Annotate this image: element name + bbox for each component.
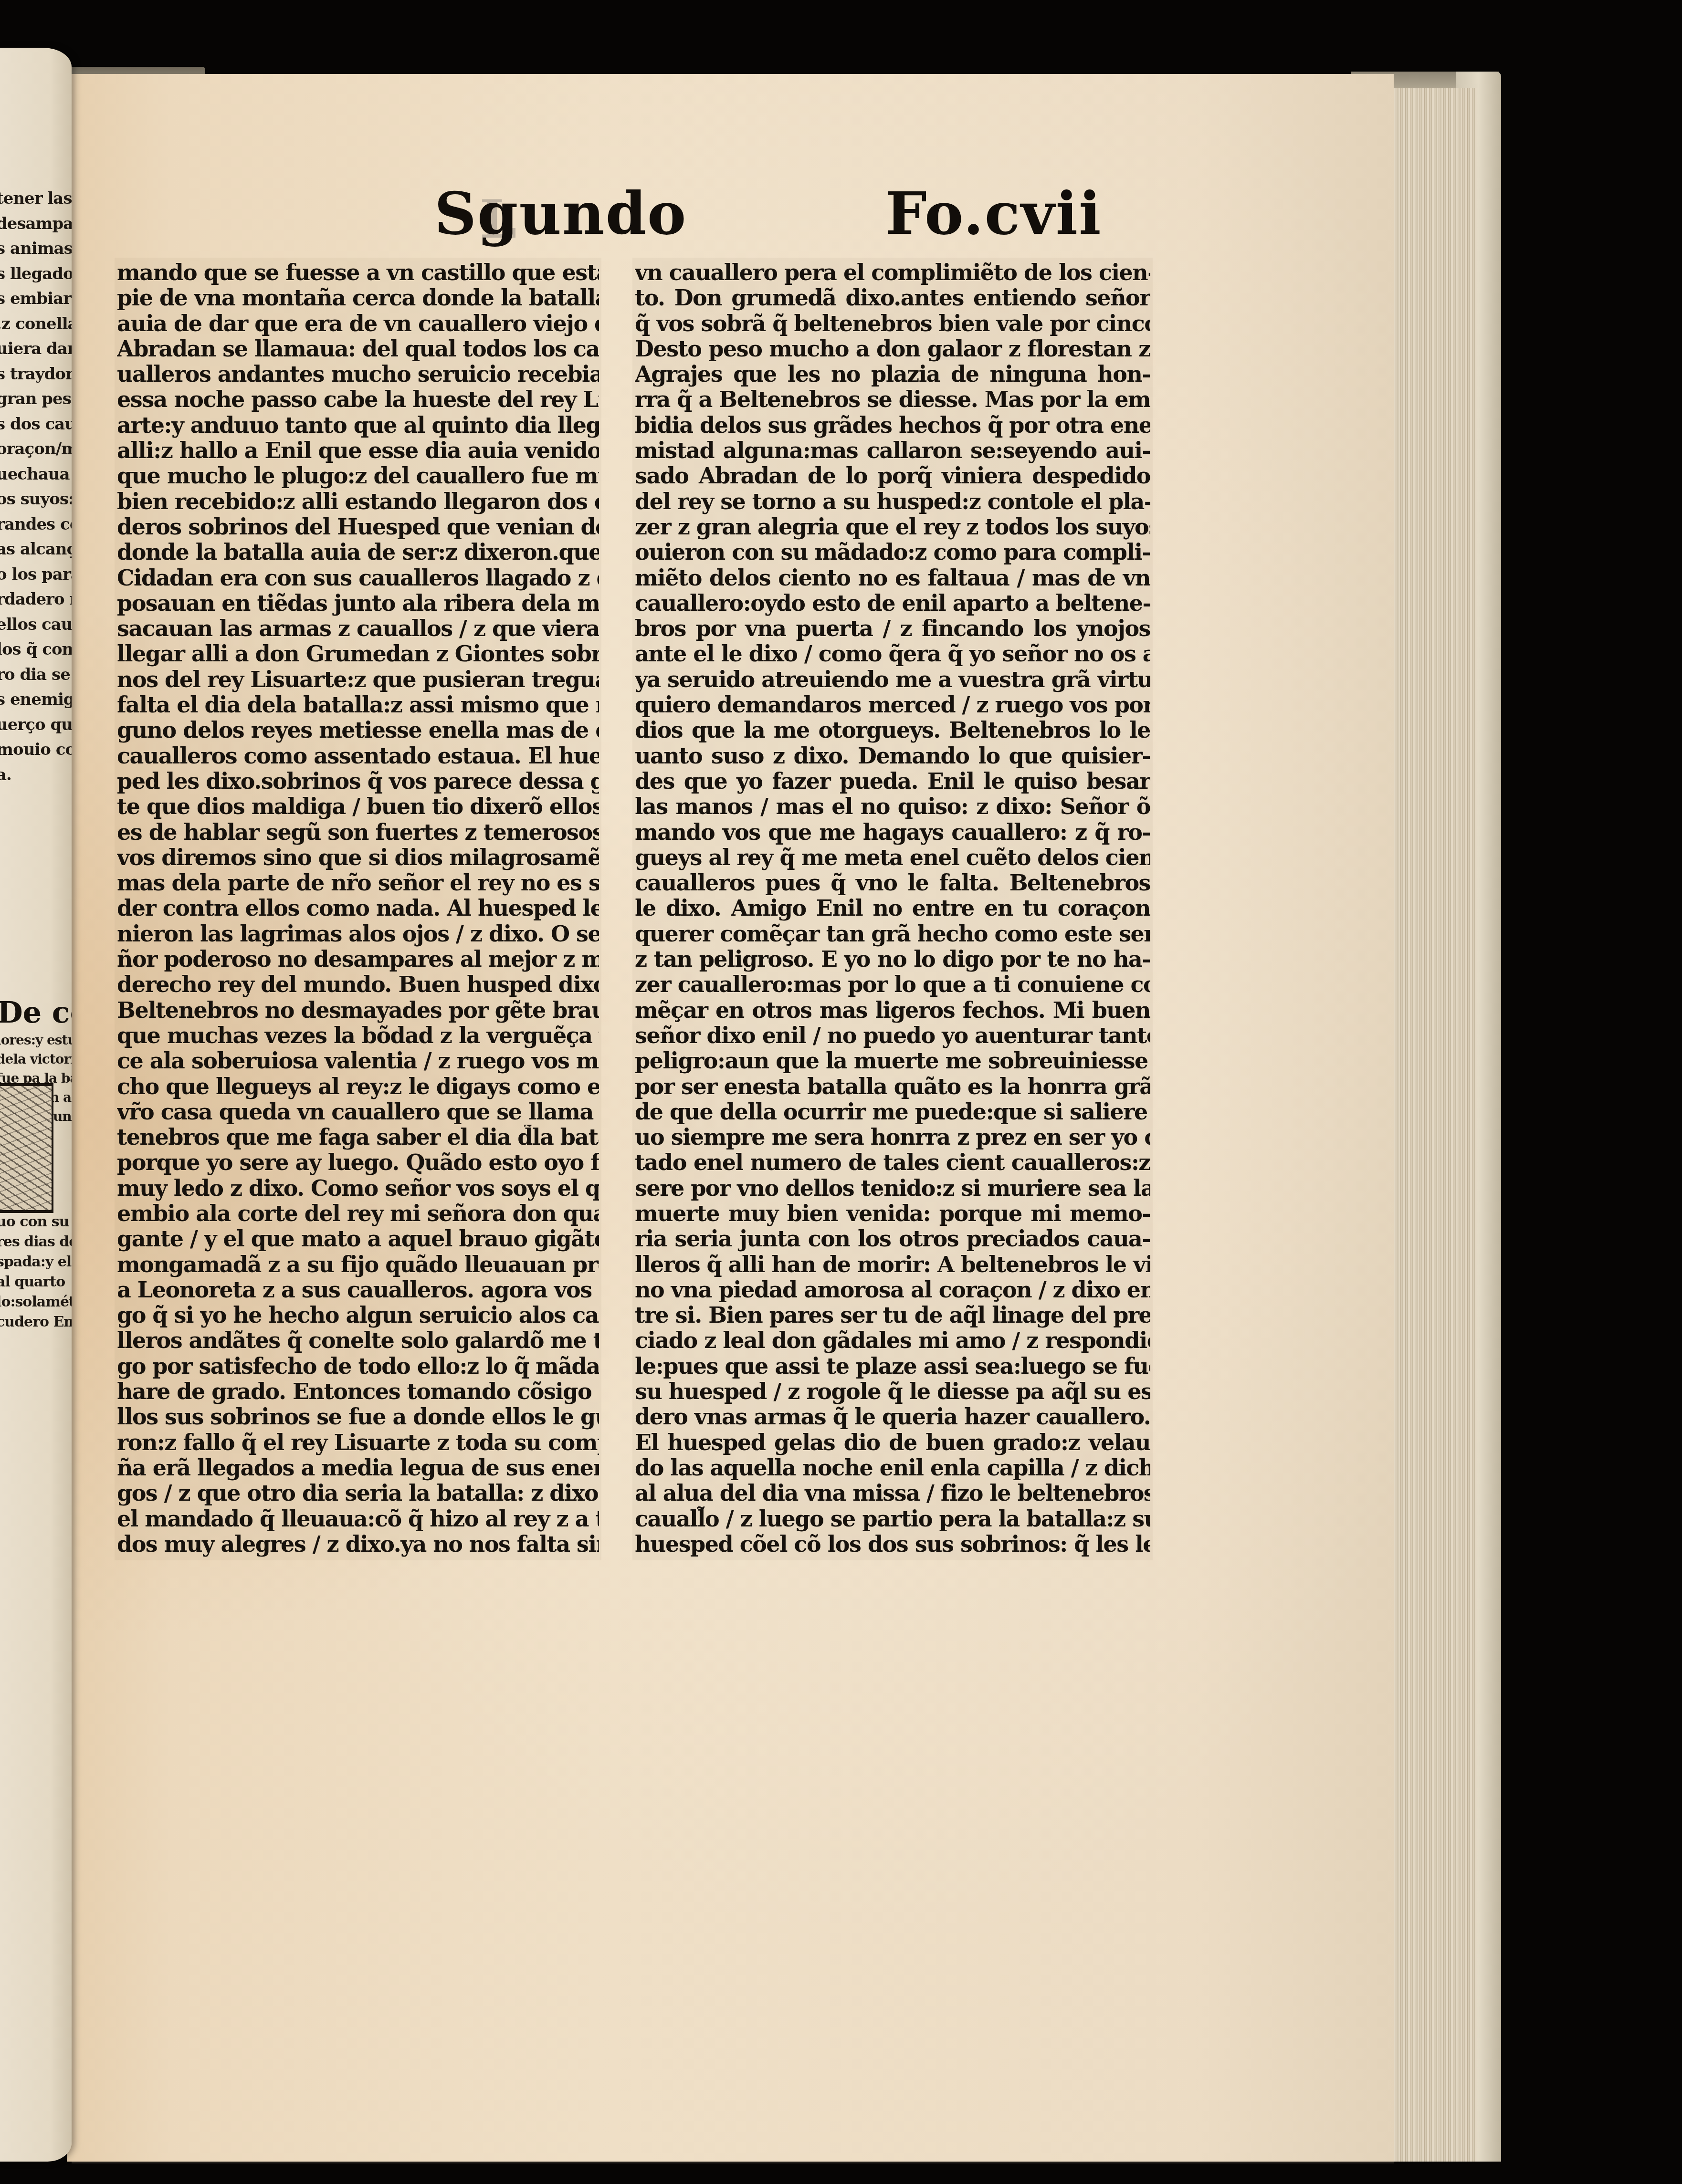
text-line: mando vos que me hagays cauallero: z q̃ … [635, 820, 1150, 845]
text-line: tenebros que me faga saber el dia d̃la b… [117, 1125, 599, 1150]
left-page-text-line: al quarto [0, 1272, 72, 1292]
text-line: que muchas vezes la bõdad z la verguẽça … [117, 1023, 599, 1048]
left-page-text-line: tener las vidas:la [0, 186, 72, 211]
text-line: ya seruido atreuiendo me a vuestra grã v… [635, 667, 1150, 692]
text-line: mẽçar en otros mas ligeros fechos. Mi bu… [635, 998, 1150, 1023]
text-line: tre si. Bien pares ser tu de aq̃l linage… [635, 1303, 1150, 1328]
text-line: uanto suso z dixo. Demando lo que quisie… [635, 743, 1150, 769]
text-line: el mandado q̃ lleuaua:cõ q̃ hizo al rey … [117, 1506, 599, 1532]
text-line: muy ledo z dixo. Como señor vos soys el … [117, 1176, 599, 1201]
text-line: posauan en tiẽdas junto ala ribera dela … [117, 591, 599, 616]
folio-number: Fo.cvii [885, 179, 1102, 248]
text-line: q̃ vos sobrã q̃ beltenebros bien vale po… [635, 311, 1150, 336]
text-line: le:pues que assi te plaze assi sea:luego… [635, 1354, 1150, 1379]
left-page-text-line: a. [0, 763, 72, 788]
text-line: cauallero:oydo esto de enil aparto a bel… [635, 591, 1150, 616]
text-line: embio ala corte del rey mi señora don qu… [117, 1201, 599, 1226]
left-page-text-line: dela victoria dél [0, 1050, 72, 1069]
text-line: huesped cõel cõ los dos sus sobrinos: q̃… [635, 1532, 1150, 1557]
text-line: tado enel numero de tales cient caualler… [635, 1150, 1150, 1175]
text-line: go q̃ si yo he hecho algun seruicio alos… [117, 1303, 599, 1328]
text-line: que mucho le plugo:z del cauallero fue m… [117, 463, 599, 489]
text-line: gueys al rey q̃ me meta enel cuẽto delos… [635, 845, 1150, 870]
text-line: a Leonoreta z a sus caualleros. agora vo… [117, 1277, 599, 1303]
left-page-text-line: s embiar esta carta [0, 286, 72, 312]
text-line: querer comẽçar tan grã hecho como este s… [635, 921, 1150, 947]
left-page-text-line: uechaua fizo bien [0, 462, 72, 487]
left-page-text-top: tener las vidas:ladesamparadas seras ani… [0, 186, 72, 787]
left-page-text-line: os suyos:poniédo [0, 487, 72, 512]
left-page-text-line: desamparadas sera [0, 211, 72, 237]
text-line: porque yo sere ay luego. Quãdo esto oyo … [117, 1150, 599, 1175]
text-line: sacauan las armas z cauallos / z que vie… [117, 616, 599, 641]
left-page-text-line: as alcançar quién [0, 537, 72, 562]
text-line: essa noche passo cabe la hueste del rey … [117, 387, 599, 412]
text-line: por ser enesta batalla quãto es la honrr… [635, 1074, 1150, 1099]
text-line: mando que se fuesse a vn castillo que es… [117, 260, 599, 285]
text-line: ouieron con su mãdado:z como para compli… [635, 540, 1150, 565]
text-line: vn cauallero pera el complimiẽto de los … [635, 260, 1150, 285]
text-line: vr̃o casa queda vn cauallero que se llam… [117, 1099, 599, 1125]
text-line: gante / y el que mato a aquel brauo gigã… [117, 1226, 599, 1252]
text-line: sere por vno dellos tenido:z si muriere … [635, 1176, 1150, 1201]
text-line: quiero demandaros merced / z ruego vos p… [635, 692, 1150, 718]
left-page-edge: tener las vidas:ladesamparadas seras ani… [0, 48, 72, 2162]
text-line: Beltenebros no desmayades por gẽte braua [117, 998, 599, 1023]
text-line: ñor poderoso no desampares al mejor z ma… [117, 947, 599, 972]
left-page-text-line: s dos caualleros [0, 412, 72, 437]
text-line: cho que llegueys al rey:z le digays como… [117, 1074, 599, 1099]
left-page-text-line: lo:solaméte [0, 1292, 72, 1312]
left-page-text-line: uerço que en toda [0, 712, 72, 738]
left-page-text-line: s enemigos:z alli [0, 687, 72, 712]
text-line: Abradan se llamaua: del qual todos los c… [117, 336, 599, 362]
left-page-text-line: uo con su señ [0, 1212, 72, 1232]
text-line: bidia delos sus grãdes hechos q̃ por otr… [635, 413, 1150, 438]
text-line: z tan peligroso. E yo no lo digo por te … [635, 947, 1150, 972]
text-line: hare de grado. Entonces tomando cõsigo a… [117, 1379, 599, 1404]
running-head-left: Sgundo [434, 179, 687, 248]
text-line: der contra ellos como nada. Al huesped l… [117, 896, 599, 921]
left-page-text-line: ro dia se aperça [0, 662, 72, 688]
text-line: llegar alli a don Grumedan z Giontes sob… [117, 641, 599, 667]
text-line: to. Don grumedã dixo.antes entiendo seño… [635, 285, 1150, 311]
woodcut-illustration [0, 1083, 53, 1213]
text-line: no vna piedad amorosa al coraçon / z dix… [635, 1277, 1150, 1303]
text-line: lleros q̃ alli han de morir: A beltenebr… [635, 1252, 1150, 1277]
text-line: deros sobrinos del Huesped que venian de [117, 514, 599, 540]
text-line: mistad alguna:mas callaron se:seyendo au… [635, 438, 1150, 463]
text-line: caualleros pues q̃ vno le falta. Beltene… [635, 870, 1150, 896]
text-line: peligro:aun que la muerte me sobreuinies… [635, 1048, 1150, 1074]
text-line: El huesped gelas dio de buen grado:z vel… [635, 1430, 1150, 1455]
text-line: sado Abradan de lo porq̃ viniera despedi… [635, 463, 1150, 489]
left-page-text-bottom: uo con su señres dias despspada:y elal q… [0, 1212, 72, 1332]
text-line: rra q̃ a Beltenebros se diesse. Mas por … [635, 387, 1150, 412]
left-page-text-line: oraçon/mas veya [0, 437, 72, 462]
text-line: zer cauallero:mas por lo que a ti conuie… [635, 972, 1150, 997]
left-page-text-line: s llegados al cabo [0, 261, 72, 287]
text-line: lleros andãtes q̃ conelte solo galardõ m… [117, 1328, 599, 1353]
text-line: llos sus sobrinos se fue a donde ellos l… [117, 1404, 599, 1430]
text-line: miẽto delos ciento no es faltaua / mas d… [635, 565, 1150, 591]
text-line: te que dios maldiga / buen tio dixerõ el… [117, 794, 599, 819]
text-line: nos del rey Lisuarte:z que pusieran treg… [117, 667, 599, 692]
text-line: auia de dar que era de vn cauallero viej… [117, 311, 599, 336]
text-line: pie de vna montaña cerca donde la batall… [117, 285, 599, 311]
text-line: falta el dia dela batalla:z assi mismo q… [117, 692, 599, 718]
text-line: Agrajes que les no plazia de ninguna hon… [635, 362, 1150, 387]
text-line: arte:y anduuo tanto que al quinto dia ll… [117, 413, 599, 438]
text-line: las manos / mas el no quiso: z dixo: Señ… [635, 794, 1150, 819]
left-page-text-line: spada:y el [0, 1252, 72, 1272]
text-line: cauall̃o / z luego se partio pera la bat… [635, 1506, 1150, 1532]
text-line: ce ala soberuiosa valentia / z ruego vos… [117, 1048, 599, 1074]
text-line: ron:z fallo q̃ el rey Lisuarte z toda su… [117, 1430, 599, 1455]
text-line: guno delos reyes metiesse enella mas de … [117, 718, 599, 743]
left-page-text-line: s traydores q̃ tanto [0, 362, 72, 387]
text-line: ped les dixo.sobrinos q̃ vos parece dess… [117, 769, 599, 794]
text-line: dero vnas armas q̃ le queria hazer caual… [635, 1404, 1150, 1430]
left-page-text-line: mouio con sus ca [0, 737, 72, 763]
text-line: le dixo. Amigo Enil no entre en tu coraç… [635, 896, 1150, 921]
text-line: dios que la me otorgueys. Beltenebros lo… [635, 718, 1150, 743]
text-line: del rey se torno a su husped:z contole e… [635, 489, 1150, 514]
left-page-text-line: rdadero remedio [0, 587, 72, 612]
left-page-text-line: ellos caualleros. [0, 612, 72, 637]
text-line: es de hablar segũ son fuertes z temeroso… [117, 820, 599, 845]
left-page-text-line: gran pesar ouo el [0, 387, 72, 412]
text-line: caualleros como assentado estaua. El hue… [117, 743, 599, 769]
text-line: gos / z que otro dia seria la batalla: z… [117, 1481, 599, 1506]
left-page-text-line: o los para la bata [0, 562, 72, 587]
text-line: ña erã llegados a media legua de sus ene… [117, 1455, 599, 1481]
left-page-text-line: .z conella nos de [0, 312, 72, 337]
left-page-text-line: randes cosas:que [0, 512, 72, 537]
text-line: mongamadã z a su fijo quãdo lleuauan pre… [117, 1252, 599, 1277]
text-line: vos diremos sino que si dios milagrosamẽ… [117, 845, 599, 870]
text-line: do las aquella noche enil enla capilla /… [635, 1455, 1150, 1481]
text-line: des que yo fazer pueda. Enil le quiso be… [635, 769, 1150, 794]
text-line: muerte muy bien venida: porque mi memo- [635, 1201, 1150, 1226]
left-page-text-line: uiera daros la vic [0, 336, 72, 362]
text-line: ria seria junta con los otros preciados … [635, 1226, 1150, 1252]
text-line: uo siempre me sera honrra z prez en ser … [635, 1125, 1150, 1150]
text-line: donde la batalla auia de ser:z dixeron.q… [117, 540, 599, 565]
text-line: su huesped / z rogole q̃ le diesse pa aq… [635, 1379, 1150, 1404]
text-line: ante el le dixo / como q̃era q̃ yo señor… [635, 641, 1150, 667]
text-line: al alua del dia vna missa / fizo le belt… [635, 1481, 1150, 1506]
text-line: bien recebido:z alli estando llegaron do… [117, 489, 599, 514]
text-line: nieron las lagrimas alos ojos / z dixo. … [117, 921, 599, 947]
text-line: go por satisfecho de todo ello:z lo q̃ m… [117, 1354, 599, 1379]
text-line: mas dela parte de nr̃o señor el rey no e… [117, 870, 599, 896]
text-line: ualleros andantes mucho seruicio recebia… [117, 362, 599, 387]
left-page-text-line: cudero Enil [0, 1312, 72, 1332]
text-column-right: vn cauallero pera el complimiẽto de los … [635, 260, 1150, 1557]
text-line: derecho rey del mundo. Buen husped dixo [117, 972, 599, 997]
text-line: Desto peso mucho a don galaor z floresta… [635, 336, 1150, 362]
text-column-left: mando que se fuesse a vn castillo que es… [117, 260, 599, 1557]
text-line: zer z gran alegria que el rey z todos lo… [635, 514, 1150, 540]
text-line: ciado z leal don gãdales mi amo / z resp… [635, 1328, 1150, 1353]
left-page-text-line: lores:y estuuo alli [0, 1031, 72, 1050]
text-line: alli:z hallo a Enil que esse dia auia ve… [117, 438, 599, 463]
text-line: dos muy alegres / z dixo.ya no nos falta… [117, 1532, 599, 1557]
text-line: Cidadan era con sus caualleros llagado z… [117, 565, 599, 591]
left-page-text-line: los q̃ conel auian [0, 637, 72, 662]
left-page-chapter-heading: De como [0, 995, 72, 1030]
text-line: bros por vna puerta / z fincando los yno… [635, 616, 1150, 641]
left-page-text-line: res dias desp [0, 1232, 72, 1252]
text-line: señor dixo enil / no puedo yo auenturar … [635, 1023, 1150, 1048]
left-page-text-line: s animas no lo esto [0, 236, 72, 261]
text-line: de que della ocurrir me puede:que si sal… [635, 1099, 1150, 1125]
